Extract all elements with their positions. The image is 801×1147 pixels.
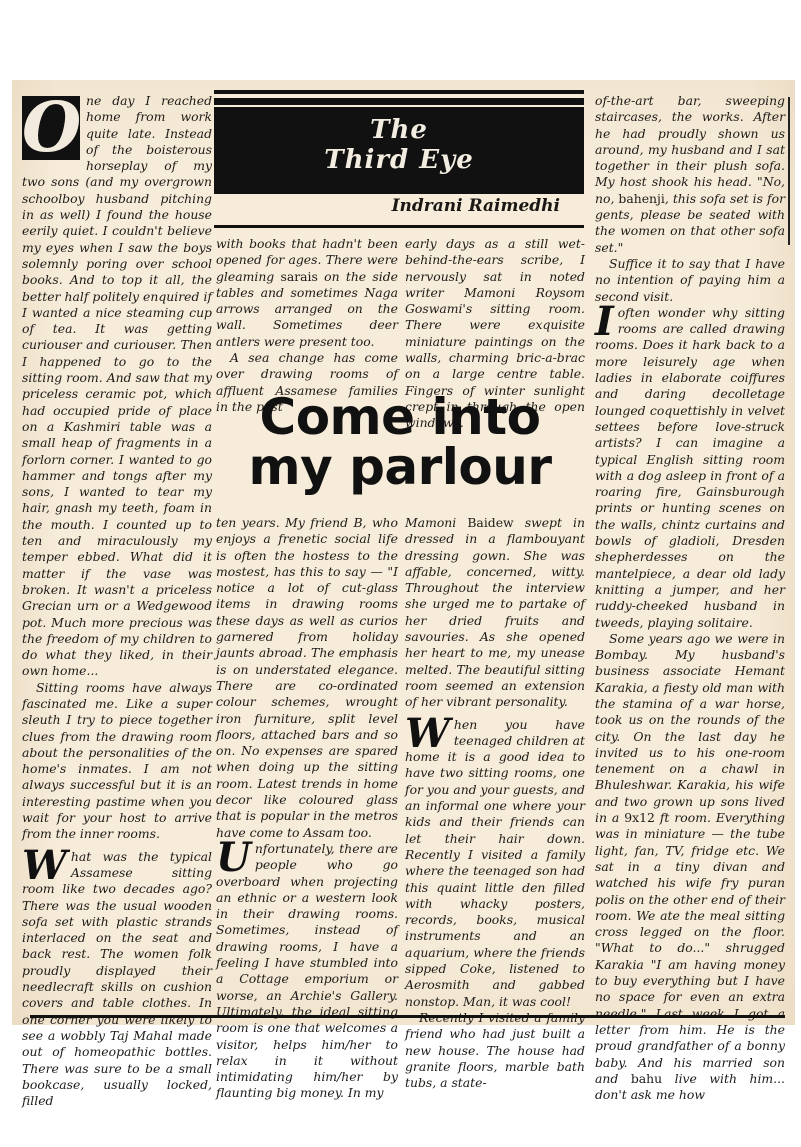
paragraph: ten years. My friend B, who enjoys a fre… bbox=[216, 515, 398, 841]
column-title-line1: The bbox=[214, 115, 584, 145]
column-title-line2: Third Eye bbox=[214, 145, 584, 175]
paragraph: Mamoni Baidew swept in dressed in a flam… bbox=[405, 515, 585, 711]
byline: Indrani Raimedhi bbox=[214, 196, 560, 216]
paragraph: What was the typical Assamese sitting ro… bbox=[22, 849, 212, 1110]
paragraph: Sitting rooms have always fascinated me.… bbox=[22, 680, 212, 843]
headline-line2: my parlour bbox=[216, 442, 584, 492]
byline-rule bbox=[214, 225, 584, 228]
drop-cap: U bbox=[216, 843, 251, 873]
column-title: The Third Eye bbox=[214, 115, 584, 175]
paragraph: with books that hadn't been opened for a… bbox=[216, 236, 398, 350]
article-column-3-bottom: Mamoni Baidew swept in dressed in a flam… bbox=[405, 515, 585, 1091]
paragraph: of-the-art bar, sweeping staircases, the… bbox=[595, 93, 785, 256]
article-column-1: One day I reached home from work quite l… bbox=[22, 93, 212, 1109]
drop-cap: I bbox=[595, 307, 614, 337]
article-column-4: of-the-art bar, sweeping staircases, the… bbox=[595, 93, 785, 1103]
paragraph: When you have teenaged children at home … bbox=[405, 717, 585, 1010]
column-banner: The Third Eye bbox=[214, 98, 584, 194]
paragraph: One day I reached home from work quite l… bbox=[22, 93, 212, 680]
banner-inner-rule bbox=[214, 105, 584, 107]
paragraph: Ioften wonder why sitting rooms are call… bbox=[595, 305, 785, 631]
drop-cap: W bbox=[405, 719, 450, 749]
drop-cap: W bbox=[22, 851, 67, 881]
right-column-rule bbox=[788, 97, 790, 245]
drop-cap: O bbox=[22, 96, 80, 160]
article-column-2-bottom: ten years. My friend B, who enjoys a fre… bbox=[216, 515, 398, 1102]
headline: Come into my parlour bbox=[216, 392, 584, 492]
banner-top-rule bbox=[214, 90, 584, 94]
paragraph: Unfortunately, there are people who go o… bbox=[216, 841, 398, 1102]
headline-line1: Come into bbox=[216, 392, 584, 442]
bottom-rule bbox=[30, 1015, 785, 1018]
paragraph: Some years ago we were in Bombay. My hus… bbox=[595, 631, 785, 1104]
paragraph: Recently I visited a family friend who h… bbox=[405, 1010, 585, 1091]
paragraph: Suffice it to say that I have no intenti… bbox=[595, 256, 785, 305]
